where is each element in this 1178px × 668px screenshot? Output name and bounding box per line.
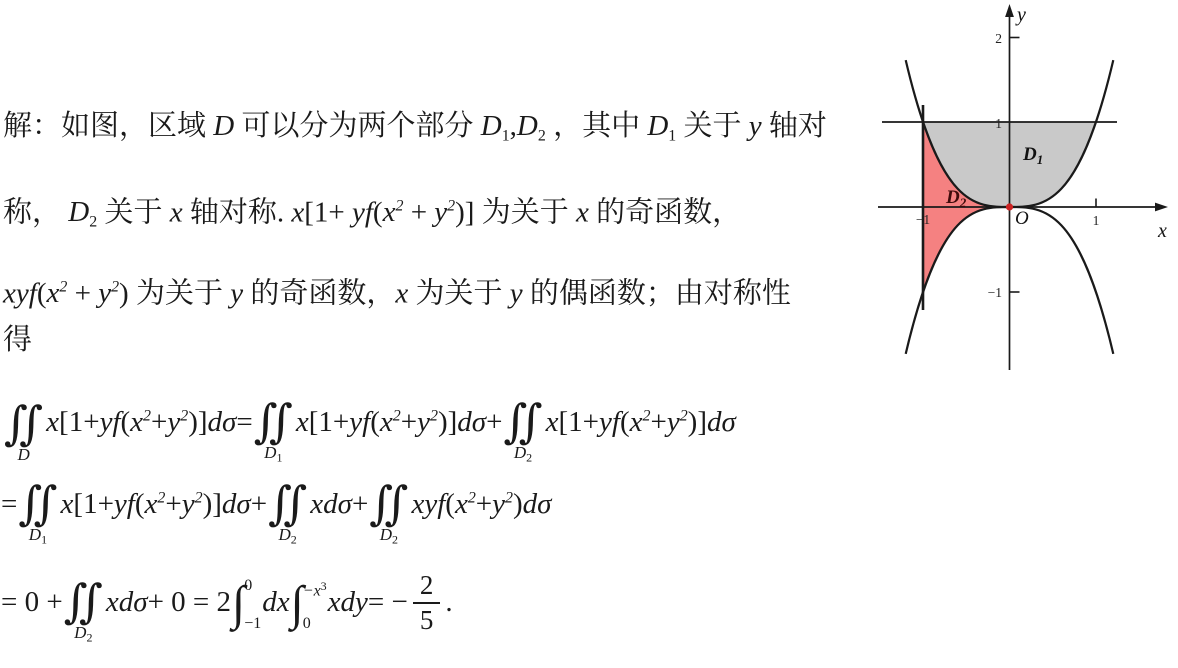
integral-limits: −x30 <box>303 577 327 635</box>
math-variable: dσ <box>222 488 251 521</box>
math-token: D <box>29 525 41 544</box>
integral-limits: 0−1 <box>244 577 261 635</box>
upper-limit: −x3 <box>303 578 327 599</box>
equation-1: ∬Dx[1+ yf(x2 + y2)]dσ = ∬D1x[1+ yf(x2 + … <box>3 390 736 456</box>
math-text: 的偶函数；由对称性 <box>523 277 791 309</box>
math-text: )] <box>688 406 707 439</box>
math-token: y <box>167 406 180 438</box>
math-text: 得 <box>3 324 32 356</box>
math-text: , <box>510 110 517 142</box>
math-variable: xdσ <box>310 488 352 521</box>
numerator: 2 <box>413 572 441 604</box>
superscript: 2 <box>430 408 438 425</box>
math-variable: dσ <box>208 406 237 439</box>
math-text: ( <box>135 488 145 521</box>
math-text: [1+ <box>73 488 114 521</box>
math-text: )] <box>188 406 207 439</box>
domain-subscript: 1 <box>276 451 282 465</box>
superscript: 2 <box>143 408 151 425</box>
superscript: 2 <box>680 408 688 425</box>
math-variable: xyf <box>411 488 445 521</box>
math-variable-superscripted: y2 <box>434 196 455 228</box>
math-variable: yf <box>100 406 121 439</box>
superscript: 2 <box>195 490 203 507</box>
math-variable: x <box>546 406 559 439</box>
math-text: = 0 + <box>1 586 63 619</box>
math-variable: yf <box>114 488 135 521</box>
math-variable: x <box>291 196 304 228</box>
superscript: 2 <box>642 408 650 425</box>
math-text: + <box>650 406 666 439</box>
math-text: )] <box>203 488 222 521</box>
math-variable-subscripted: D2 <box>517 110 546 142</box>
math-text: 的奇函数， <box>589 196 741 228</box>
math-token: y <box>434 196 447 228</box>
math-text: ( <box>445 488 455 521</box>
subscript: 2 <box>538 128 546 145</box>
math-text: = <box>236 406 252 439</box>
subscript: 2 <box>89 214 97 231</box>
math-text: 轴对称. <box>183 196 292 228</box>
superscript: 2 <box>468 490 476 507</box>
math-variable: y <box>510 277 523 309</box>
math-token: D <box>647 110 668 142</box>
math-variable-superscripted: x2 <box>130 406 151 439</box>
math-token: x <box>380 406 393 438</box>
superscript: 2 <box>393 408 401 425</box>
lower-limit: 0 <box>303 616 327 632</box>
superscript: 2 <box>111 279 119 296</box>
math-text: + <box>476 488 492 521</box>
math-token: D <box>68 196 89 228</box>
tick-label-y-1: 1 <box>995 116 1002 131</box>
math-token: x <box>630 406 643 438</box>
subscript: 1 <box>502 128 510 145</box>
superscript: 2 <box>180 408 188 425</box>
math-variable: yf <box>349 406 370 439</box>
math-variable-superscripted: y2 <box>167 406 188 439</box>
math-variable: yf <box>599 406 620 439</box>
integral: ∫−x30 <box>291 577 327 635</box>
integral-domain: D2 <box>514 445 532 466</box>
double-integral-glyph: ∬ <box>268 482 307 526</box>
superscript: 2 <box>447 198 455 215</box>
math-text: ) <box>513 488 523 521</box>
superscript: 2 <box>505 490 513 507</box>
math-variable: x <box>170 196 183 228</box>
math-text: + <box>401 406 417 439</box>
math-token: D <box>264 443 276 462</box>
upper-limit: 0 <box>244 578 261 594</box>
math-variable-superscripted: x2 <box>630 406 651 439</box>
double-integral-glyph: ∬ <box>4 402 43 446</box>
math-token: y <box>98 277 111 309</box>
equation-3: = 0 + ∬D2xdσ + 0 = 2∫0−1dx∫−x30xdy = − 2… <box>1 570 453 636</box>
math-text: 可以分为两个部分 <box>234 110 481 142</box>
domain-subscript: 2 <box>392 533 398 547</box>
domain-subscript: 1 <box>41 533 47 547</box>
math-text: ( <box>373 196 383 228</box>
math-token: D <box>514 443 526 462</box>
double-integral: ∬D1 <box>18 482 57 548</box>
integral-domain: D2 <box>279 527 297 548</box>
double-integral-glyph: ∬ <box>254 400 293 444</box>
math-token: y <box>667 406 680 438</box>
math-text: )] <box>438 406 457 439</box>
math-variable-superscripted: x2 <box>455 488 476 521</box>
math-token: 0 <box>244 577 252 594</box>
math-variable-superscripted: y2 <box>492 488 513 521</box>
integral: ∫0−1 <box>232 577 261 635</box>
math-token: D <box>380 525 392 544</box>
math-variable-superscripted: x2 <box>380 406 401 439</box>
tick-label-y-minus-1: −1 <box>988 285 1002 300</box>
math-variable: xdσ <box>106 586 148 619</box>
math-text: + 0 = 2 <box>148 586 231 619</box>
tick-label-x-minus-1: −1 <box>916 212 930 227</box>
tick-label-y-2: 2 <box>995 31 1002 46</box>
double-integral: ∬D2 <box>64 580 103 646</box>
math-variable-superscripted: x2 <box>383 196 404 228</box>
math-text: + <box>486 406 502 439</box>
math-text: + <box>352 488 368 521</box>
tick-label-x-1: 1 <box>1093 213 1100 228</box>
math-token: 0 <box>303 615 311 632</box>
math-token: x <box>455 488 468 520</box>
math-text: + <box>151 406 167 439</box>
double-integral: ∬D2 <box>369 482 408 548</box>
math-token: −1 <box>244 615 261 632</box>
math-variable: x <box>46 406 59 439</box>
math-text: 为关于 <box>408 277 510 309</box>
math-token: D <box>74 623 86 642</box>
math-text: ) 为关于 <box>119 277 230 309</box>
math-token: D <box>517 110 538 142</box>
math-variable-superscripted: x2 <box>145 488 166 521</box>
region-figure-svg: 2 1 −1 1 −1 y x O D1 D2 <box>870 0 1178 392</box>
math-token: y <box>417 406 430 438</box>
math-text: + <box>67 277 98 309</box>
region-figure: 2 1 −1 1 −1 y x O D1 D2 <box>870 0 1178 392</box>
domain-subscript: 2 <box>526 451 532 465</box>
math-text: ( <box>370 406 380 439</box>
math-text: 关于 <box>97 196 170 228</box>
math-token: D <box>481 110 502 142</box>
double-integral: ∬D2 <box>503 400 542 466</box>
origin-dot <box>1006 203 1013 210</box>
math-token: y <box>492 488 505 520</box>
math-token: x <box>46 277 59 309</box>
math-text: 解：如图，区域 <box>3 110 213 142</box>
double-integral-glyph: ∬ <box>369 482 408 526</box>
math-variable: y <box>230 277 243 309</box>
math-variable: dσ <box>707 406 736 439</box>
math-token: −x <box>303 582 321 599</box>
solution-line-2: 称， D2 关于 x 轴对称. x[1+ yf(x2 + y2)] 为关于 x … <box>3 188 741 242</box>
math-text: [1+ <box>558 406 599 439</box>
integral-domain: D1 <box>264 445 282 466</box>
lower-limit: −1 <box>244 616 261 632</box>
y-axis-arrow <box>1005 4 1014 17</box>
math-variable-superscripted: y2 <box>182 488 203 521</box>
math-variable-subscripted: D1 <box>647 110 676 142</box>
math-variable: y <box>749 110 762 142</box>
math-text: 称， <box>3 196 68 228</box>
double-integral-glyph: ∬ <box>64 580 103 624</box>
solution-line-1: 解：如图，区域 D 可以分为两个部分 D1,D2 ，其中 D1 关于 y 轴对 <box>3 107 827 156</box>
math-token: D <box>279 525 291 544</box>
math-text: ，其中 <box>546 110 648 142</box>
math-variable: D <box>213 110 234 142</box>
math-token: x <box>383 196 396 228</box>
double-integral-glyph: ∬ <box>18 482 57 526</box>
upper-limit-exponent: 3 <box>321 579 327 593</box>
math-variable-superscripted: x2 <box>46 277 67 309</box>
math-variable: dσ <box>523 488 552 521</box>
integral-domain: D <box>17 447 29 463</box>
math-token: y <box>182 488 195 520</box>
math-text: )] 为关于 <box>455 196 576 228</box>
math-variable-superscripted: y2 <box>417 406 438 439</box>
math-token: x <box>130 406 143 438</box>
math-text: 关于 <box>676 110 749 142</box>
math-text: ( <box>121 406 131 439</box>
integral-domain: D2 <box>380 527 398 548</box>
double-integral: ∬D <box>4 402 43 463</box>
math-token: D <box>17 445 29 464</box>
integral-domain: D2 <box>74 625 92 646</box>
math-variable: x <box>61 488 74 521</box>
math-variable: x <box>395 277 408 309</box>
math-variable: dσ <box>457 406 486 439</box>
double-integral: ∬D2 <box>268 482 307 548</box>
math-solution-document: 解：如图，区域 D 可以分为两个部分 D1,D2 ，其中 D1 关于 y 轴对 … <box>0 0 1178 668</box>
y-axis-label: y <box>1015 4 1026 26</box>
math-variable-superscripted: y2 <box>98 277 119 309</box>
math-text: + <box>403 196 434 228</box>
math-text: + <box>251 488 267 521</box>
math-text: = − <box>368 586 408 619</box>
math-variable-subscripted: D2 <box>68 196 97 228</box>
math-text: . <box>445 586 452 619</box>
math-text: [1+ <box>304 196 352 228</box>
math-variable-subscripted: D1 <box>481 110 510 142</box>
math-text: ( <box>620 406 630 439</box>
math-variable: x <box>576 196 589 228</box>
equation-2: = ∬D1x[1+ yf(x2 + y2)]dσ + ∬D2xdσ + ∬D2x… <box>1 472 551 538</box>
math-text: [1+ <box>59 406 100 439</box>
math-text: [1+ <box>309 406 350 439</box>
double-integral-glyph: ∬ <box>503 400 542 444</box>
x-axis-label: x <box>1157 220 1167 242</box>
math-variable: xdy <box>328 586 368 619</box>
math-variable: dx <box>262 586 289 619</box>
solution-line-3: xyf(x2 + y2) 为关于 y 的奇函数，x 为关于 y 的偶函数；由对称… <box>3 269 791 312</box>
fraction: 25 <box>413 572 441 634</box>
math-text: 的奇函数， <box>243 277 395 309</box>
denominator: 5 <box>420 604 434 634</box>
math-variable: yf <box>352 196 373 228</box>
x-axis-arrow <box>1155 203 1168 212</box>
domain-subscript: 2 <box>86 631 92 645</box>
math-variable: xyf <box>3 277 37 309</box>
origin-label: O <box>1015 208 1029 229</box>
superscript: 2 <box>157 490 165 507</box>
integral-domain: D1 <box>29 527 47 548</box>
double-integral: ∬D1 <box>254 400 293 466</box>
domain-subscript: 2 <box>291 533 297 547</box>
math-text: + <box>165 488 181 521</box>
math-variable-superscripted: y2 <box>667 406 688 439</box>
solution-line-4: 得 <box>3 321 32 359</box>
math-token: x <box>145 488 158 520</box>
math-text: = <box>1 488 17 521</box>
math-variable: x <box>296 406 309 439</box>
math-text: 轴对 <box>762 110 827 142</box>
